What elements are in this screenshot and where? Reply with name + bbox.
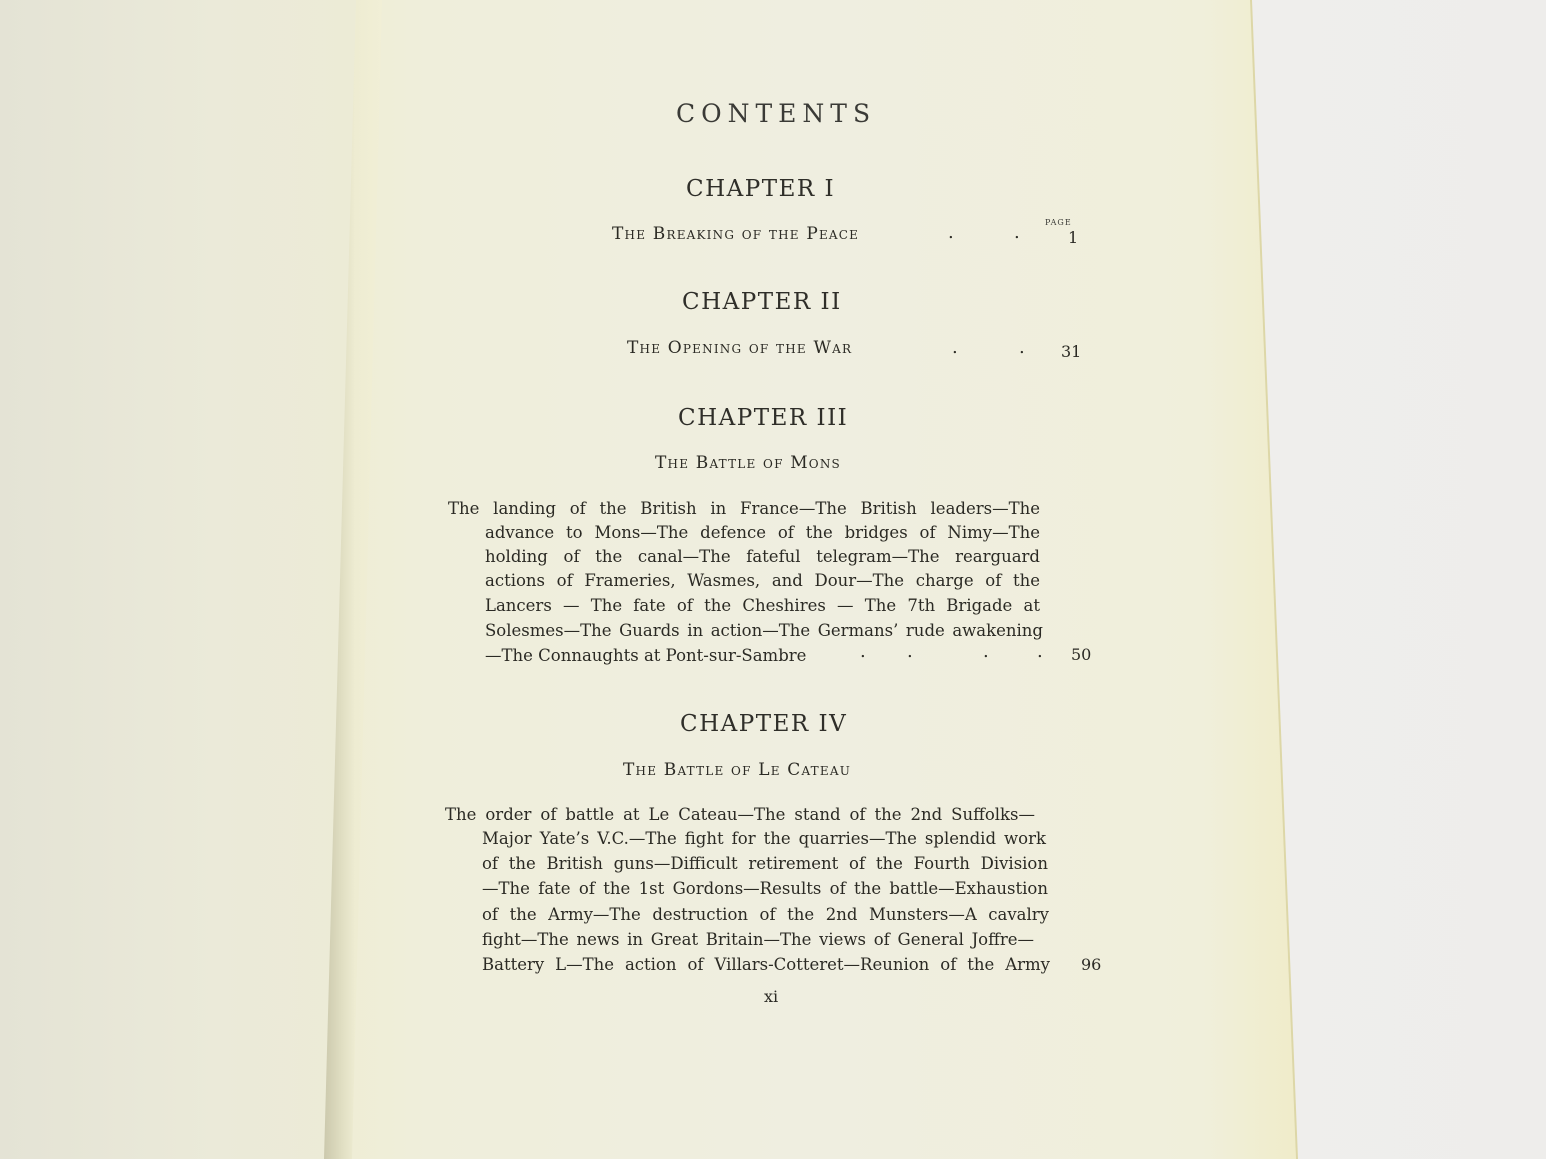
dot-leader: . [860, 641, 866, 662]
chapter-2-heading: CHAPTER II [682, 289, 842, 315]
chapter-3-summary-line: holding of the canal—The fateful telegra… [485, 547, 1040, 566]
chapter-4-summary-line: Battery L—The action of Villars-Cotteret… [482, 955, 1050, 974]
dot-leader: . [948, 222, 954, 243]
table-of-contents: CONTENTS CHAPTER I PAGE The Breaking of … [0, 0, 1546, 1159]
page-column-label: PAGE [1045, 218, 1072, 227]
chapter-3-summary-line: advance to Mons—The defence of the bridg… [485, 523, 1040, 542]
chapter-1-page: 1 [1068, 228, 1078, 247]
page-folio-number: xi [764, 987, 778, 1006]
chapter-4-summary-line: —The fate of the 1st Gordons—Results of … [482, 879, 1048, 898]
dot-leader: . [1037, 641, 1043, 662]
dot-leader: . [952, 337, 958, 358]
chapter-3-summary-line: Solesmes—The Guards in action—The German… [485, 621, 1043, 640]
chapter-2-title: The Opening of the War [627, 338, 852, 358]
chapter-4-summary-line: of the British guns—Difficult retirement… [482, 854, 1048, 873]
chapter-4-summary-line: Major Yate’s V.C.—The fight for the quar… [482, 829, 1046, 848]
chapter-1-title: The Breaking of the Peace [612, 224, 859, 244]
chapter-2-page: 31 [1061, 342, 1081, 361]
chapter-3-summary-line: actions of Frameries, Wasmes, and Dour—T… [485, 571, 1040, 590]
chapter-3-title: The Battle of Mons [655, 453, 841, 473]
dot-leader: . [1019, 337, 1025, 358]
dot-leader: . [983, 641, 989, 662]
chapter-4-summary-line: of the Army—The destruction of the 2nd M… [482, 905, 1049, 924]
chapter-3-summary-line: —The Connaughts at Pont-sur-Sambre [485, 646, 806, 665]
dot-leader: . [1014, 222, 1020, 243]
chapter-3-heading: CHAPTER III [678, 405, 848, 431]
chapter-4-summary-line: The order of battle at Le Cateau—The sta… [445, 805, 1035, 824]
chapter-4-heading: CHAPTER IV [680, 711, 847, 737]
chapter-3-summary-line: The landing of the British in France—The… [448, 499, 1040, 518]
chapter-4-summary-line: fight—The news in Great Britain—The view… [482, 930, 1034, 949]
chapter-1-heading: CHAPTER I [686, 176, 835, 202]
chapter-3-summary-line: Lancers — The fate of the Cheshires — Th… [485, 596, 1040, 615]
contents-heading: CONTENTS [676, 99, 876, 128]
chapter-3-page: 50 [1071, 645, 1091, 664]
chapter-4-title: The Battle of Le Cateau [623, 760, 851, 780]
dot-leader: . [907, 641, 913, 662]
chapter-4-page: 96 [1081, 955, 1101, 974]
